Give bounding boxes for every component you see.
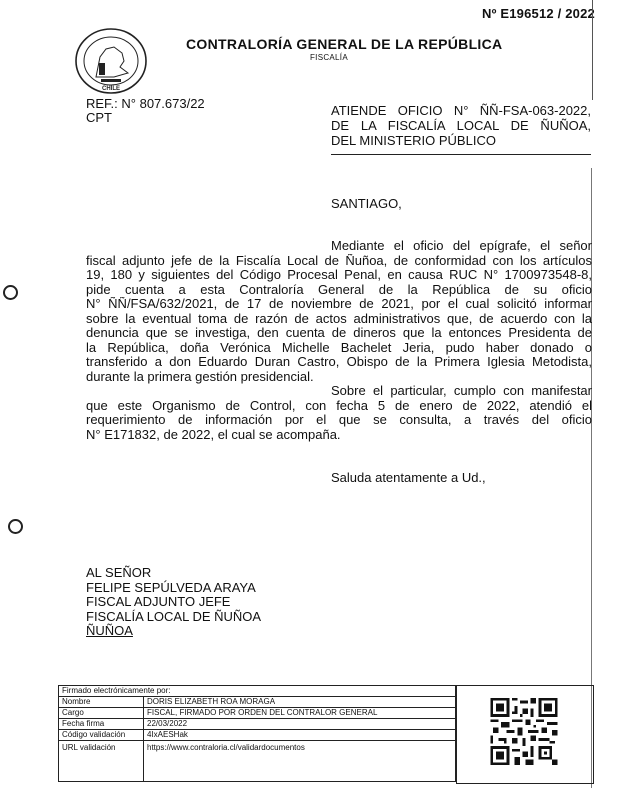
qr-code-icon[interactable] xyxy=(485,698,563,765)
signature-value: 4IxAESHak xyxy=(144,730,456,741)
paragraph-line: que este Organismo de Control, con fecha… xyxy=(86,399,592,414)
signature-label: Nombre xyxy=(59,697,144,708)
paragraph-line: fiscal adjunto jefe de la Fiscalía Local… xyxy=(86,254,592,269)
scan-artifact-line xyxy=(592,0,593,100)
signature-value: 22/03/2022 xyxy=(144,719,456,730)
paragraph-line: pide cuenta a esta Contraloría General d… xyxy=(86,283,592,298)
contraloria-seal-icon: CHILE xyxy=(74,27,148,95)
recipient-title: FISCAL ADJUNTO JEFE xyxy=(86,595,261,610)
paragraph-line: transferido a don Eduardo Duran Castro, … xyxy=(86,355,592,370)
reference-code: CPT xyxy=(86,111,205,125)
punch-hole-icon xyxy=(3,285,18,300)
paragraph-line: denuncia que se investiga, den cuenta de… xyxy=(86,326,592,341)
subject-underline xyxy=(331,154,591,155)
signature-value: DORIS ELIZABETH ROA MORAGA xyxy=(144,697,456,708)
signature-value: FISCAL, FIRMADO POR ORDEN DEL CONTRALOR … xyxy=(144,708,456,719)
paragraph-line: N° ÑÑ/FSA/632/2021, de 17 de noviembre d… xyxy=(86,297,592,312)
table-row: Fecha firma 22/03/2022 xyxy=(59,719,456,730)
institution-title: CONTRALORÍA GENERAL DE LA REPÚBLICA xyxy=(186,36,502,52)
paragraph-line: durante la primera gestión presidencial. xyxy=(86,370,592,385)
table-row: URL validación https://www.contraloria.c… xyxy=(59,741,456,782)
body-paragraph-1: Mediante el oficio del epígrafe, el seño… xyxy=(86,239,592,384)
punch-hole-icon xyxy=(8,519,23,534)
paragraph-line: N° E171832, de 2022, el cual se acompaña… xyxy=(86,428,592,443)
signature-label: Fecha firma xyxy=(59,719,144,730)
subject-line: DEL MINISTERIO PÚBLICO xyxy=(331,133,591,148)
recipient-block: AL SEÑOR FELIPE SEPÚLVEDA ARAYA FISCAL A… xyxy=(86,566,261,639)
subject-block: ATIENDE OFICIO N° ÑÑ-FSA-063-2022, DE LA… xyxy=(331,103,591,148)
paragraph-line: la República, doña Verónica Michelle Bac… xyxy=(86,341,592,356)
subject-line: ATIENDE OFICIO N° ÑÑ-FSA-063-2022, xyxy=(331,103,591,118)
signature-heading: Firmado electrónicamente por: xyxy=(59,686,456,697)
department-subtitle: FISCALÍA xyxy=(310,53,348,62)
reference-block: REF.: N° 807.673/22 CPT xyxy=(86,97,205,125)
svg-text:CHILE: CHILE xyxy=(102,86,120,92)
qr-code-panel xyxy=(456,685,594,784)
recipient-city: ÑUÑOA xyxy=(86,624,261,639)
table-row: Cargo FISCAL, FIRMADO POR ORDEN DEL CONT… xyxy=(59,708,456,719)
recipient-line: AL SEÑOR xyxy=(86,566,261,581)
paragraph-line: 19, 180 y siguientes del Código Procesal… xyxy=(86,268,592,283)
recipient-name: FELIPE SEPÚLVEDA ARAYA xyxy=(86,581,261,596)
table-row: Nombre DORIS ELIZABETH ROA MORAGA xyxy=(59,697,456,708)
validation-url-link[interactable]: https://www.contraloria.cl/validardocume… xyxy=(144,741,456,782)
document-number: Nº E196512 / 2022 xyxy=(482,6,595,21)
recipient-office: FISCALÍA LOCAL DE ÑUÑOA xyxy=(86,610,261,625)
subject-line: DE LA FISCALÍA LOCAL DE ÑUÑOA, xyxy=(331,118,591,133)
paragraph-line: Sobre el particular, cumplo con manifest… xyxy=(86,384,592,399)
body-paragraph-2: Sobre el particular, cumplo con manifest… xyxy=(86,384,592,442)
paragraph-line: requerimiento de información por el que … xyxy=(86,413,592,428)
place-line: SANTIAGO, xyxy=(331,196,402,211)
closing-salutation: Saluda atentamente a Ud., xyxy=(331,470,486,485)
paragraph-line: sobre la eventual toma de razón de actos… xyxy=(86,312,592,327)
signature-label: Código validación xyxy=(59,730,144,741)
electronic-signature-table: Firmado electrónicamente por: Nombre DOR… xyxy=(58,685,456,782)
signature-label: URL validación xyxy=(59,741,144,782)
reference-number: REF.: N° 807.673/22 xyxy=(86,97,205,111)
signature-label: Cargo xyxy=(59,708,144,719)
table-row: Código validación 4IxAESHak xyxy=(59,730,456,741)
paragraph-line: Mediante el oficio del epígrafe, el seño… xyxy=(86,239,592,254)
